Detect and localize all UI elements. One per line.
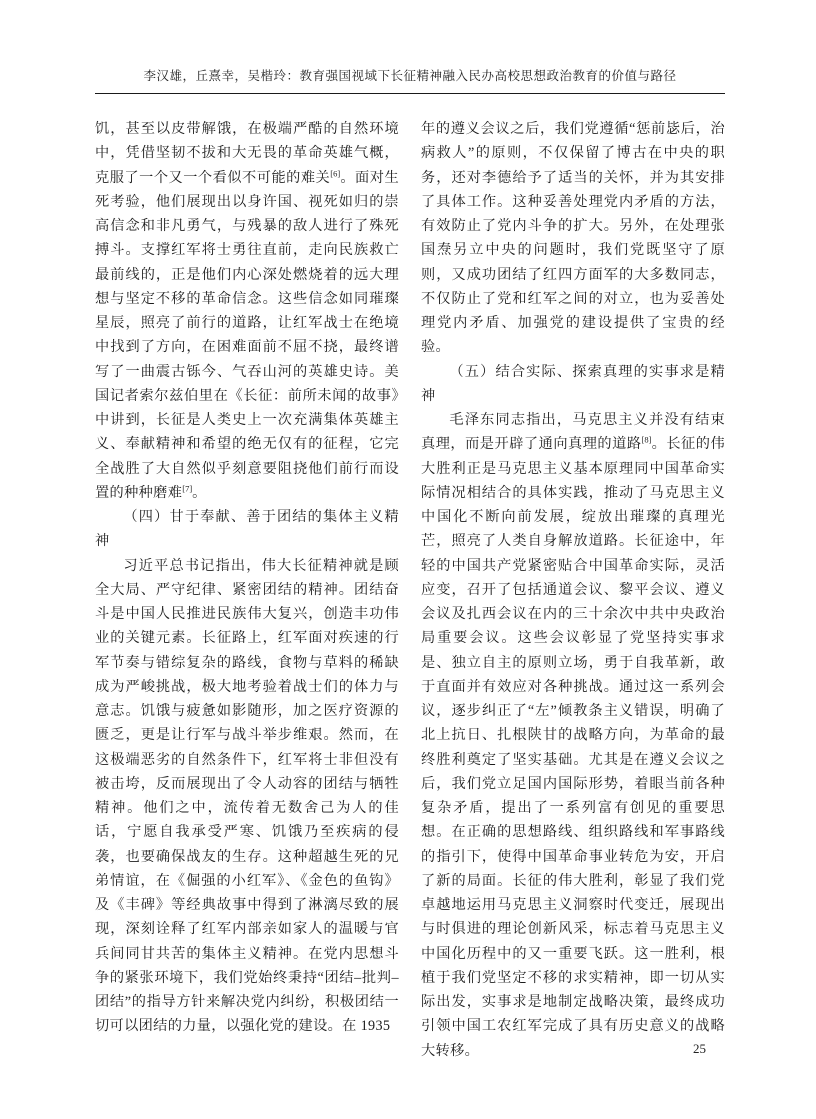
paragraph-collectivism: 习近平总书记指出，伟大长征精神就是顾全大局、严守纪律、紧密团结的精神。团结奋斗是… <box>95 554 399 1039</box>
text-run: 。 <box>192 485 207 501</box>
section-heading-four: （四）甘于奉献、善于团结的集体主义精神 <box>95 505 399 554</box>
text-run: 。面对生死考验，他们展现出以身许国、视死如归的崇高信念和非凡勇气，与残暴的敌人进… <box>95 170 399 501</box>
paper-page: 李汉雄，丘熹幸，吴楷玲：教育强国视域下长征精神融入民办高校思想政治教育的价值与路… <box>0 0 816 1119</box>
paragraph-seeking-truth: 毛泽东同志指出，马克思主义并没有结束真理，而是开辟了通向真理的道路[8]。长征的… <box>421 408 725 1063</box>
two-column-body: 饥，甚至以皮带解饿，在极端严酷的自然环境中，凭借坚韧不拔和大无畏的革命英雄气概，… <box>95 117 725 1063</box>
right-column: 年的遵义会议之后，我们党遵循“惩前毖后，治病救人”的原则，不仅保留了博古在中央的… <box>421 117 725 1063</box>
citation-ref-6: [6] <box>330 168 340 178</box>
left-column: 饥，甚至以皮带解饿，在极端严酷的自然环境中，凭借坚韧不拔和大无畏的革命英雄气概，… <box>95 117 399 1063</box>
paragraph-collectivism-continued: 年的遵义会议之后，我们党遵循“惩前毖后，治病救人”的原则，不仅保留了博古在中央的… <box>421 117 725 360</box>
citation-ref-8: [8] <box>642 435 652 445</box>
text-run: 。长征的伟大胜利正是马克思主义基本原理同中国革命实际情况相结合的具体实践，推动了… <box>421 436 725 1058</box>
section-heading-five: （五）结合实际、探索真理的实事求是精神 <box>421 360 725 409</box>
running-header-title: 李汉雄，丘熹幸，吴楷玲：教育强国视域下长征精神融入民办高校思想政治教育的价值与路… <box>143 69 676 83</box>
running-header: 李汉雄，丘熹幸，吴楷玲：教育强国视域下长征精神融入民办高校思想政治教育的价值与路… <box>95 66 725 94</box>
paragraph-heroism: 饥，甚至以皮带解饿，在极端严酷的自然环境中，凭借坚韧不拔和大无畏的革命英雄气概，… <box>95 117 399 505</box>
citation-ref-7: [7] <box>182 483 192 493</box>
page-number: 25 <box>693 1041 706 1057</box>
